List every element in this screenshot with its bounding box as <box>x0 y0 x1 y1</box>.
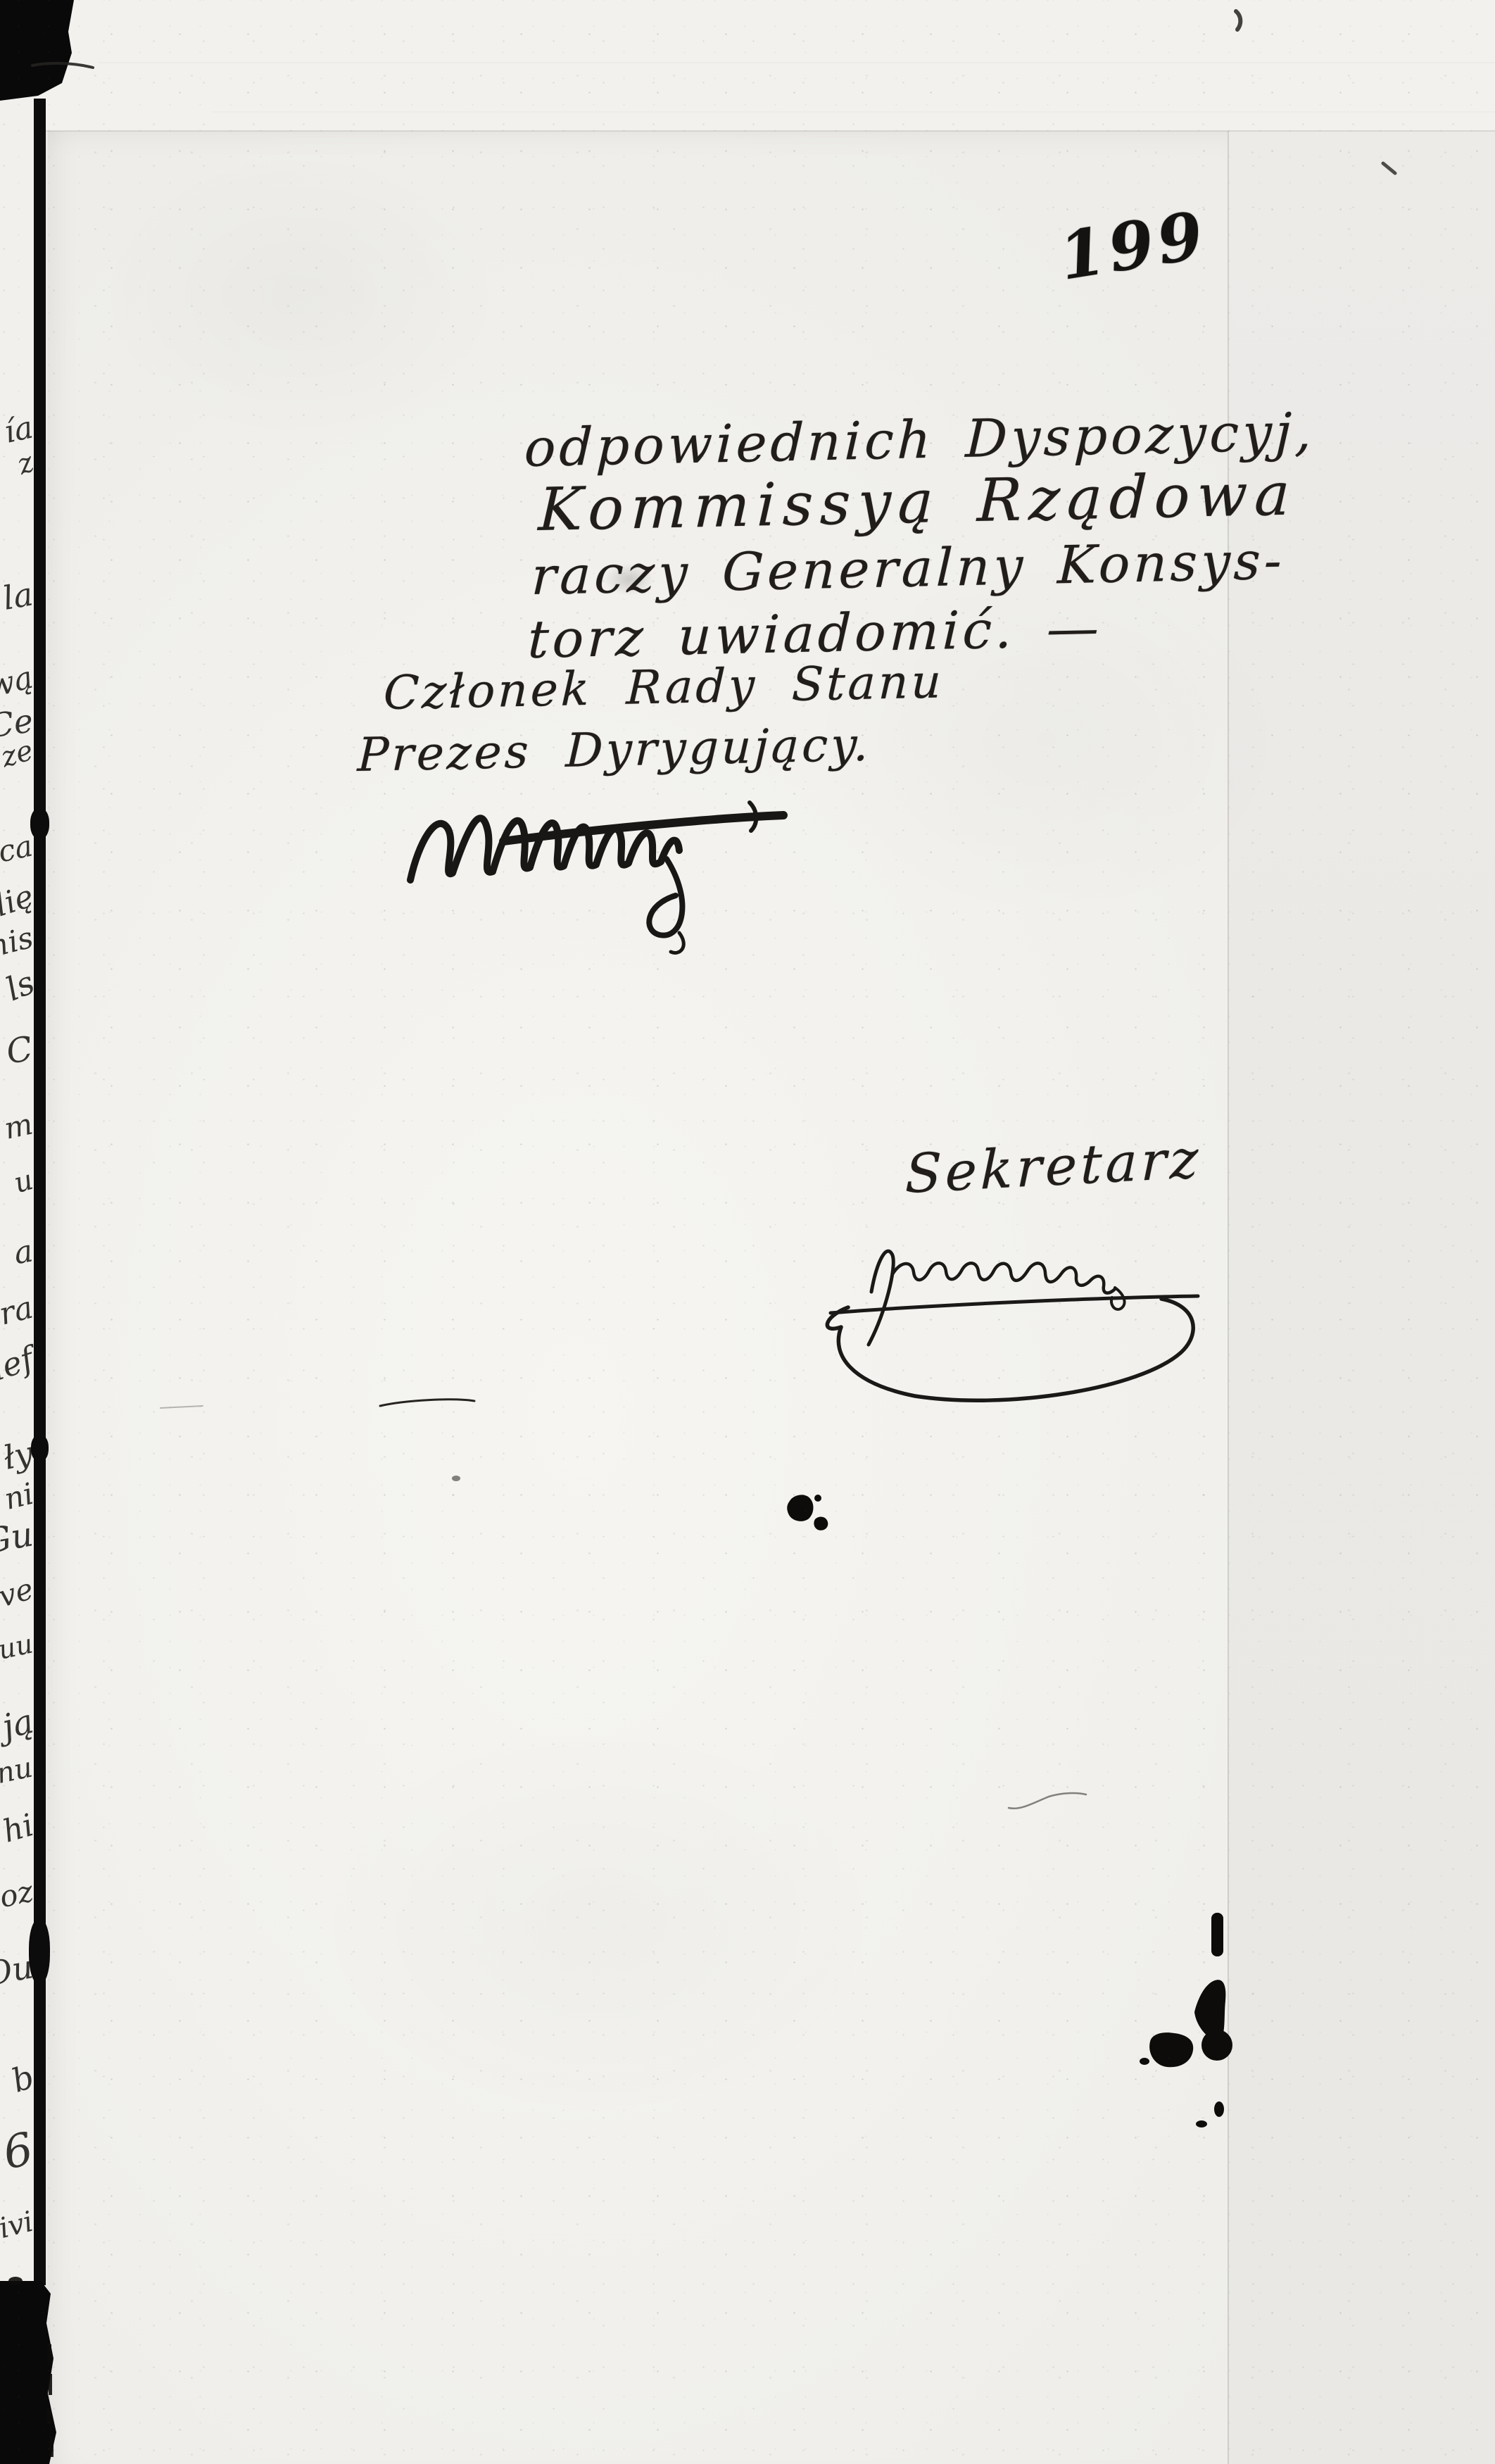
edge-text-fragment: ief <box>0 1342 34 1385</box>
signatory-title-line-2: Prezes Dyrygujący. <box>357 722 872 779</box>
edge-text-fragment: nu <box>0 1753 34 1788</box>
scanner-streak <box>99 62 1495 63</box>
edge-text-fragment: u <box>11 1166 34 1198</box>
edge-text-fragment: Gu <box>0 1517 34 1559</box>
signatory-title-line-1: Członek Rady Stanu <box>383 658 945 717</box>
edge-text-fragment: 6 <box>0 2127 34 2177</box>
gutter-ink-bulge <box>31 1435 49 1462</box>
edge-text-fragment: lię <box>0 881 34 922</box>
page-top-edge-line <box>42 130 1495 132</box>
edge-text-fragment: a <box>11 1236 34 1269</box>
scanned-manuscript-page: íazlawąCezecalięhislsCmuatraiefłyniGuive… <box>0 0 1495 2464</box>
edge-text-fragment: tra <box>0 1293 34 1333</box>
edge-text-fragment: b <box>8 2060 34 2097</box>
edge-text-fragment: ją <box>0 1704 34 1745</box>
edge-text-fragment: C <box>4 1031 34 1069</box>
edge-text-fragment: ca <box>0 831 34 867</box>
prezes-signature-scrawl <box>398 774 792 957</box>
edge-text-fragment: wą <box>0 662 34 703</box>
edge-text-fragment: uu <box>0 1630 34 1663</box>
body-text-line-3: raczy Generalny Konsys- <box>531 535 1286 603</box>
edge-text-fragment: hi <box>0 1810 34 1848</box>
edge-text-fragment: his <box>0 923 34 962</box>
edge-text-fragment: ni <box>1 1479 34 1515</box>
body-text-line-2: Kommissyą Rządowa <box>538 464 1298 539</box>
edge-text-fragment: la <box>1 577 34 615</box>
edge-text-fragment: ls <box>1 966 34 1006</box>
edge-text-fragment: oz <box>0 1876 34 1912</box>
secretary-title: Sekretarz <box>904 1132 1201 1201</box>
edge-text-fragment: ze <box>0 736 34 772</box>
edge-text-fragment: z <box>13 448 34 479</box>
edge-text-fragment: ły <box>1 1437 34 1474</box>
gutter-ink-bulge <box>30 808 49 839</box>
edge-fragments: íazlawąCezecalięhislsCmuatraiefłyniGuive… <box>0 0 34 2464</box>
secretary-signature <box>809 1221 1232 1404</box>
scanner-streak <box>211 111 1495 113</box>
edge-text-fragment: ivi <box>0 2208 34 2243</box>
gutter-ink-bulge <box>29 1919 50 1984</box>
edge-text-fragment: ía <box>1 412 34 448</box>
edge-text-fragment: ive <box>0 1574 34 1614</box>
edge-text-fragment: m <box>2 1109 34 1143</box>
